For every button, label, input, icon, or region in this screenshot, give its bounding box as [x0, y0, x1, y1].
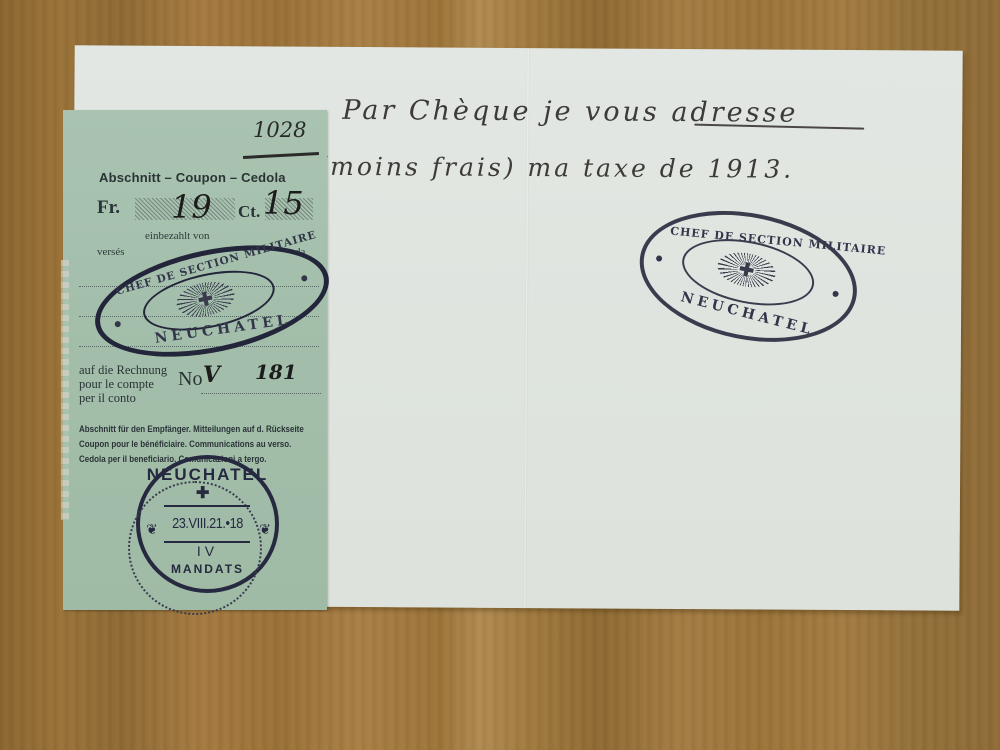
postmark-service: MANDATS — [140, 562, 275, 576]
coupon-title: Abschnitt – Coupon – Cedola — [99, 170, 286, 185]
paid-by-label-fr: versés — [97, 246, 125, 258]
paper-fold-line — [523, 48, 529, 608]
account-no-prefix: V — [203, 362, 220, 388]
postmark-bar — [164, 505, 250, 507]
handwritten-line-2: -(moins frais) ma taxe de 1913. — [306, 152, 794, 184]
postmark-office: IV — [140, 543, 275, 559]
leaf-icon: ❦ — [259, 521, 271, 538]
reference-underline — [243, 152, 319, 159]
note-de: Abschnitt für den Empfänger. Mitteilunge… — [79, 422, 304, 437]
account-label: auf die Rechnung pour le compte per il c… — [79, 363, 167, 405]
account-label-it: per il conto — [79, 391, 167, 405]
military-section-stamp: CHEF DE SECTION MILITAIRE ✚ NEUCHATEL — [628, 193, 868, 360]
stamp-dot — [114, 321, 121, 328]
francs-value: 19 — [171, 188, 212, 226]
stamp-dot — [832, 290, 839, 297]
dotted-line — [201, 393, 321, 394]
swiss-cross-icon: ✚ — [196, 290, 215, 309]
note-fr: Coupon pour le bénéficiaire. Communicati… — [79, 437, 304, 452]
account-label-fr: pour le compte — [79, 377, 167, 391]
stamp-dot — [656, 255, 663, 262]
postmark: NEUCHATEL ✚ ❦ 23.VIII.21.•18 ❦ IV MANDAT… — [136, 455, 279, 593]
account-label-de: auf die Rechnung — [79, 363, 167, 377]
stamp-dot — [301, 275, 308, 282]
paid-by-label-de: einbezahlt von — [145, 230, 209, 242]
postal-coupon: 1028 Abschnitt – Coupon – Cedola Fr. 19 … — [63, 110, 327, 610]
swiss-cross-icon: ✚ — [196, 483, 209, 503]
francs-label: Fr. — [97, 197, 120, 219]
centimes-label: Ct. — [238, 202, 260, 222]
reference-number: 1028 — [253, 118, 306, 142]
account-no-value: 181 — [255, 360, 297, 384]
centimes-value: 15 — [263, 184, 304, 222]
torn-edge — [61, 260, 69, 520]
postmark-date: 23.VIII.21.•18 — [150, 515, 265, 532]
swiss-cross-icon: ✚ — [737, 261, 756, 280]
postmark-town: NEUCHATEL — [140, 465, 275, 485]
account-no-label: No — [178, 368, 202, 391]
